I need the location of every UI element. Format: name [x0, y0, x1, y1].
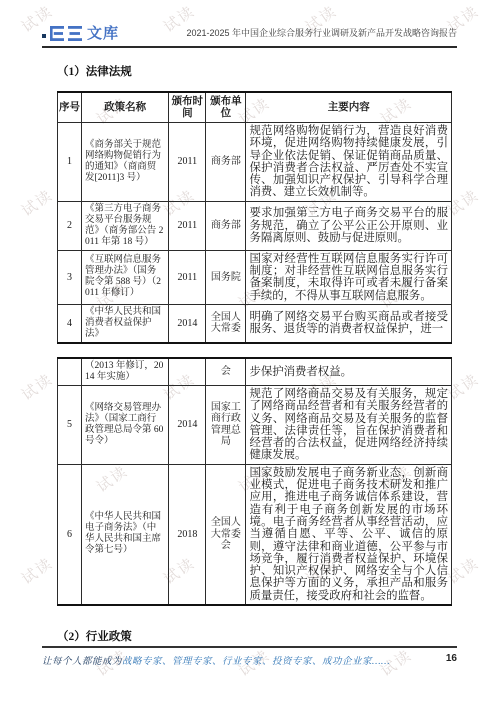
- cell-policy-name: 《中华人民共和国消费者权益保护法》: [82, 304, 169, 343]
- table-row: 3 《互联网信息服务管理办法》（国务院令第 588 号）（2011 年修订） 2…: [58, 250, 452, 304]
- page-break-gap: [42, 344, 457, 357]
- brand-logo: 文库: [42, 26, 119, 41]
- table-row: 4 《中华人民共和国消费者权益保护法》 2014 全国人大常委 明确了网络交易平…: [58, 304, 452, 343]
- cell-unit: 全国人大常委会: [206, 464, 246, 605]
- cell-policy-name: 《商务部关于规范网络购物促销行为的通知》（商商贸发[2011]3 号）: [82, 123, 169, 202]
- cell-unit: 全国人大常委: [206, 304, 246, 343]
- footer-slogan-prefix: 让每个人都能成为: [42, 657, 122, 667]
- cell-no: 6: [58, 464, 82, 605]
- logo-dot-icon: [42, 34, 46, 38]
- table-row: 2 《第三方电子商务交易平台服务规范》（商务部公告 2011 年第 18 号） …: [58, 201, 452, 250]
- cell-no: 3: [58, 250, 82, 304]
- table-row: 6 《中华人民共和国电子商务法》（中华人民共和国主席令第七号） 2018 全国人…: [58, 464, 452, 605]
- cell-year: [169, 358, 206, 386]
- section-heading-industry-policy: （2）行业政策: [57, 628, 457, 644]
- cell-year: 2018: [169, 464, 206, 605]
- cell-year: 2011: [169, 201, 206, 250]
- cell-content: 明确了网络交易平台购买商品或者接受服务、退货等的消费者权益保护，进一: [246, 304, 452, 343]
- cell-unit: 商务部: [206, 201, 246, 250]
- logo-icon: [50, 26, 83, 41]
- policy-table-part2: （2013 年修订，2014 年实施） 会 步保护消费者权益。 5 《网络交易管…: [57, 357, 452, 606]
- cell-policy-name: 《第三方电子商务交易平台服务规范》（商务部公告 2011 年第 18 号）: [82, 201, 169, 250]
- cell-no: 5: [58, 385, 82, 464]
- document-header: 文库 2021-2025 年中国企业综合服务行业调研及新产品开发战略咨询报告: [42, 26, 457, 48]
- policy-table-part1: 序号 政策名称 颁布时间 颁布单位 主要内容 1 《商务部关于规范网络购物促销行…: [57, 91, 452, 344]
- header-content: 主要内容: [246, 92, 452, 123]
- header-unit: 颁布单位: [206, 92, 246, 123]
- cell-policy-name: 《中华人民共和国电子商务法》（中华人民共和国主席令第七号）: [82, 464, 169, 605]
- section-heading-laws: （1）法律法规: [57, 63, 457, 79]
- cell-unit: 国务院: [206, 250, 246, 304]
- cell-policy-name: 《互联网信息服务管理办法》（国务院令第 588 号）（2011 年修订）: [82, 250, 169, 304]
- cell-policy-name: （2013 年修订，2014 年实施）: [82, 358, 169, 386]
- document-page: 文库 2021-2025 年中国企业综合服务行业调研及新产品开发战略咨询报告 （…: [0, 26, 499, 644]
- cell-year: 2014: [169, 385, 206, 464]
- page-number: 16: [446, 653, 457, 664]
- cell-content: 步保护消费者权益。: [246, 358, 452, 386]
- cell-no: 1: [58, 123, 82, 202]
- footer-slogan-main: 战略专家、管理专家、行业专家、投资专家、成功企业家……: [122, 657, 390, 667]
- cell-unit: 商务部: [206, 123, 246, 202]
- table-row: 5 《网络交易管理办法》（国家工商行政管理总局令第 60 号令） 2014 国家…: [58, 385, 452, 464]
- cell-content: 国家鼓励发展电子商务新业态，创新商业模式，促进电子商务技术研发和推广应用，推进电…: [246, 464, 452, 605]
- header-year: 颁布时间: [169, 92, 206, 123]
- cell-no: [58, 358, 82, 386]
- document-title: 2021-2025 年中国企业综合服务行业调研及新产品开发战略咨询报告: [186, 26, 457, 41]
- table-row: （2013 年修订，2014 年实施） 会 步保护消费者权益。: [58, 358, 452, 386]
- table-row: 1 《商务部关于规范网络购物促销行为的通知》（商商贸发[2011]3 号） 20…: [58, 123, 452, 202]
- cell-content: 国家对经营性互联网信息服务实行许可制度；对非经营性互联网信息服务实行备案制度，未…: [246, 250, 452, 304]
- cell-no: 2: [58, 201, 82, 250]
- cell-year: 2011: [169, 123, 206, 202]
- cell-year: 2011: [169, 250, 206, 304]
- logo-text: 文库: [87, 26, 119, 41]
- header-policy-name: 政策名称: [82, 92, 169, 123]
- cell-policy-name: 《网络交易管理办法》（国家工商行政管理总局令第 60 号令）: [82, 385, 169, 464]
- table-header-row: 序号 政策名称 颁布时间 颁布单位 主要内容: [58, 92, 452, 123]
- header-no: 序号: [58, 92, 82, 123]
- document-footer: 让每个人都能成为战略专家、管理专家、行业专家、投资专家、成功企业家…… 16: [42, 646, 457, 667]
- cell-content: 要求加强第三方电子商务交易平台的服务规范，确立了公平公正公开原则、业务隔离原则、…: [246, 201, 452, 250]
- footer-slogan: 让每个人都能成为战略专家、管理专家、行业专家、投资专家、成功企业家……: [42, 653, 390, 667]
- cell-content: 规范了网络商品交易及有关服务，规定了网络商品经营者和有关服务经营者的义务、网络商…: [246, 385, 452, 464]
- cell-no: 4: [58, 304, 82, 343]
- cell-unit: 国家工商行政管理总局: [206, 385, 246, 464]
- cell-unit: 会: [206, 358, 246, 386]
- cell-content: 规范网络购物促销行为，营造良好消费环境，促进网络购物持续健康发展，引导企业依法促…: [246, 123, 452, 202]
- cell-year: 2014: [169, 304, 206, 343]
